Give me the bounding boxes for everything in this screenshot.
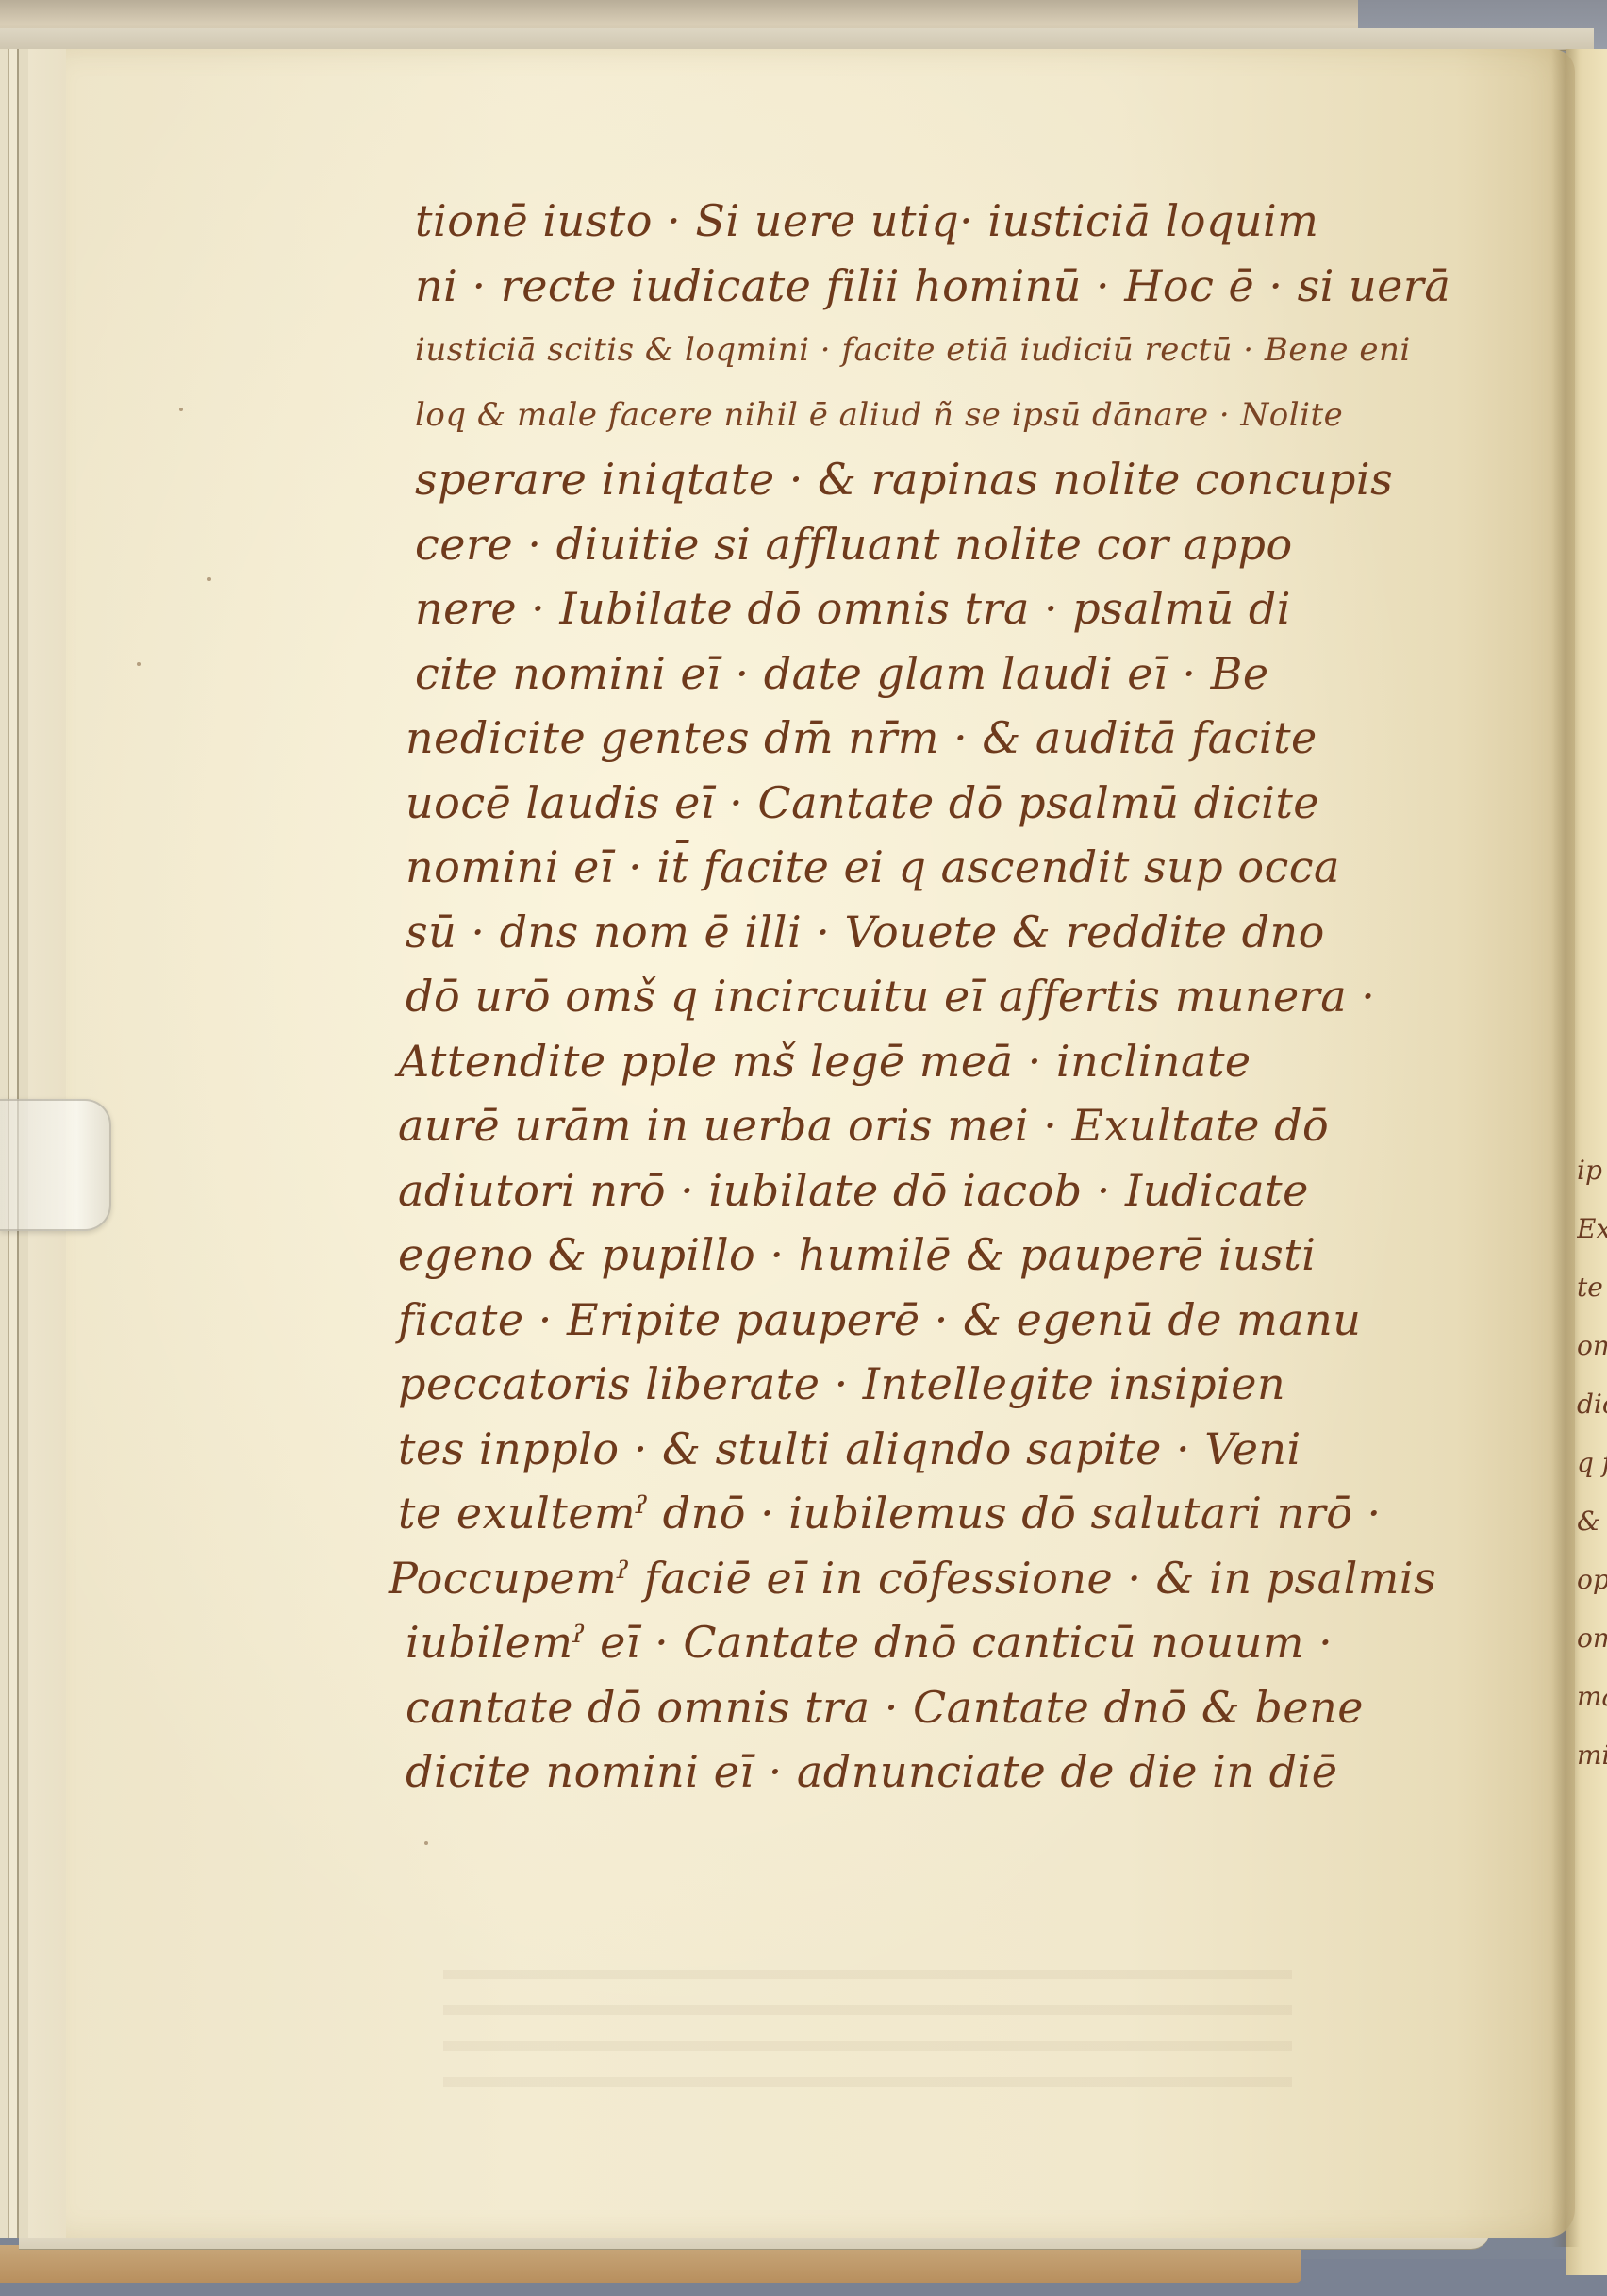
gutter-shadow [1551,49,1580,2247]
facing-text-fragment: ope [1577,1551,1607,1609]
ink-speck [179,408,183,411]
text-line-gloss: iusticiā scitis & loqmini · facite etiā … [415,318,1481,383]
text-line: egeno & pupillo · humilē & pauperē iusti [398,1223,1481,1288]
facing-text-fragment: om [1577,1317,1607,1375]
text-line: Poccupemˀ faciē eī in cōfessione · & in … [389,1546,1481,1611]
facing-text-fragment: mini d [1577,1726,1607,1785]
facing-text-fragment: q fa [1577,1434,1607,1492]
ink-speck [424,1841,428,1845]
text-line: cere · diuitie si affluant nolite cor ap… [415,512,1481,577]
text-line: sperare iniqtate · & rapinas nolite conc… [415,447,1481,512]
show-through-text [443,1943,1292,2104]
text-line: tionē iusto · Si uere utiq· iusticiā loq… [415,189,1481,254]
text-line: cite nomini eī · date glam laudi eī · Be [415,641,1481,707]
text-line: aurē urām in uerba oris mei · Exultate d… [398,1093,1481,1158]
ink-speck [207,577,211,581]
page-stack-top [0,28,1594,51]
text-line: sū · dns nom ē illi · Vouete & reddite d… [406,900,1481,965]
text-line: ni · recte iudicate filii hominū · Hoc ē… [415,254,1481,319]
facing-text-fragment: & im [1577,1492,1607,1551]
binding-edge-bottom [0,2245,1301,2283]
page-clip [0,1099,111,1231]
text-line: nere · Iubilate dō omnis tra · psalmū di [415,576,1481,641]
text-line: cantate dō omnis tra · Cantate dnō & ben… [406,1675,1481,1740]
text-line: dicite nomini eī · adnunciate de die in … [406,1739,1481,1805]
text-line: nedicite gentes dm̄ nr̄m · & auditā faci… [406,706,1481,771]
text-line-gloss: loq & male facere nihil ē aliud ñ se ips… [415,383,1481,448]
text-line: te exultemˀ dnō · iubilemus dō salutari … [398,1481,1481,1546]
ink-speck [137,662,141,666]
text-line: iubilemˀ eī · Cantate dnō canticū nouum … [406,1610,1481,1675]
facing-page-text: ip Ex te om dic q fa & im ope oma mam mi… [1577,1141,1607,1785]
facing-text-fragment: mam [1577,1668,1607,1726]
text-line: peccatoris liberate · Intellegite insipi… [398,1352,1481,1417]
text-line: tes inpplo · & stulti aliqndo sapite · V… [398,1417,1481,1482]
text-line: uocē laudis eī · Cantate dō psalmū dicit… [406,771,1481,836]
facing-text-fragment: Ex [1577,1200,1607,1258]
text-line: Attendite pple mš legē meā · inclinate [398,1029,1481,1094]
text-line: dō urō omš q incircuitu eī affertis mune… [406,964,1481,1029]
text-line: ficate · Eripite pauperē · & egenū de ma… [398,1288,1481,1353]
text-line: nomini eī · it̄ facite ei q ascendit sup… [406,835,1481,900]
facing-text-fragment: te [1577,1258,1607,1317]
main-text-block: tionē iusto · Si uere utiq· iusticiā loq… [415,189,1481,1805]
facing-text-fragment: dic [1577,1375,1607,1434]
text-line: adiutori nrō · iubilate dō iacob · Iudic… [398,1158,1481,1223]
facing-text-fragment: ip [1577,1141,1607,1200]
facing-text-fragment: oma [1577,1609,1607,1668]
